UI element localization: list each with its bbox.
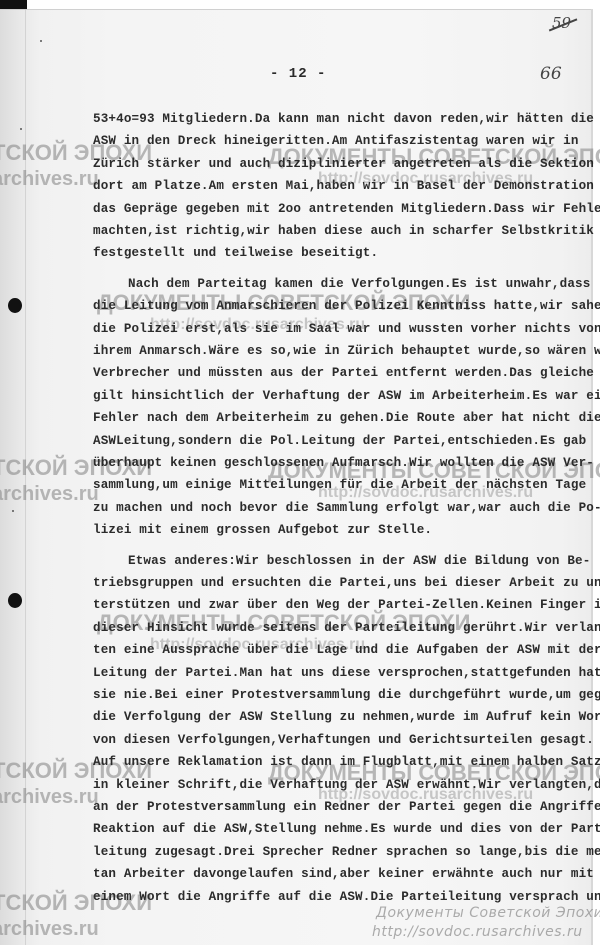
- text-line: ASWLeitung,sondern die Pol.Leitung der P…: [93, 434, 586, 448]
- text-line: zu machen und noch bevor die Sammlung er…: [93, 501, 600, 515]
- text-line: in kleiner Schrift,die Verhaftung der AS…: [93, 778, 600, 792]
- text-line: einem Wort die Angriffe auf die ASW.Die …: [93, 890, 600, 904]
- text-line: überhaupt keinen geschlossenen Aufmarsch…: [93, 456, 594, 470]
- text-line: machten,ist richtig,wir haben diese auch…: [93, 224, 594, 238]
- punch-hole: [8, 593, 22, 608]
- text-line: die Polizei erst,als sie im Saal war und…: [93, 322, 600, 336]
- speck: [20, 128, 22, 130]
- text-line: ASW in den Dreck hineigeritten.Am Antifa…: [93, 134, 579, 148]
- text-line: Verbrecher und müssten aus der Partei en…: [93, 366, 594, 380]
- text-line: an der Protestversammlung ein Redner der…: [93, 800, 600, 814]
- page-number: - 12 -: [270, 66, 326, 82]
- speck: [40, 40, 42, 42]
- folio-number: 66: [540, 64, 562, 84]
- text-line: die Leitung vom Anmarschieren der Polize…: [93, 299, 600, 313]
- paper-fold-line: [25, 9, 26, 945]
- scanned-document-page: ТСКОЙ ЭПОХИ archives.ru ДОКУМЕНТЫ СОВЕТС…: [0, 0, 600, 945]
- speck: [12, 510, 14, 512]
- text-line: das Gepräge gegeben mit 2oo antretenden …: [93, 202, 600, 216]
- text-line: Zürich stärker und auch diziplinierter a…: [93, 157, 594, 171]
- text-line: ten eine Aussprache über die Lage und di…: [93, 643, 600, 657]
- text-line: triebsgruppen und ersuchten die Partei,u…: [93, 576, 600, 590]
- punch-hole: [8, 298, 22, 313]
- text-line: dieser Hinsicht wurde seitens der Partei…: [93, 621, 600, 635]
- text-line: ihrem Anmarsch.Wäre es so,wie in Zürich …: [93, 344, 600, 358]
- text-line: Leitung der Partei.Man hat uns diese ver…: [93, 666, 600, 680]
- text-line: sammlung,um einige Mitteilungen für die …: [93, 478, 586, 492]
- text-line: die Verfolgung der ASW Stellung zu nehme…: [93, 710, 600, 724]
- text-line: Auf unsere Reklamation ist dann im Flugb…: [93, 755, 600, 769]
- watermark-corner-title: Документы Советской Эпохи: [376, 905, 600, 921]
- text-line: sie nie.Bei einer Protestversammlung die…: [93, 688, 600, 702]
- text-line: dort am Platze.Am ersten Mai,haben wir i…: [93, 179, 594, 193]
- text-line: Nach dem Parteitag kamen die Verfolgunge…: [128, 277, 590, 291]
- folio-number-struck: 59: [552, 14, 571, 32]
- text-line: tan Arbeiter davongelaufen sind,aber kei…: [93, 867, 594, 881]
- text-line: von diesen Verfolgungen,Verhaftungen und…: [93, 733, 594, 747]
- watermark-corner-url: http://sovdoc.rusarchives.ru: [372, 924, 583, 940]
- text-line: Reaktion auf die ASW,Stellung nehme.Es w…: [93, 822, 600, 836]
- text-line: gilt hinsichtlich der Verhaftung der ASW…: [93, 389, 600, 403]
- scan-border: [0, 0, 27, 9]
- text-line: Etwas anderes:Wir beschlossen in der ASW…: [128, 554, 590, 568]
- text-line: lizei mit einem grossen Aufgebot zur Ste…: [93, 523, 432, 537]
- text-line: 53+4o=93 Mitgliedern.Da kann man nicht d…: [93, 112, 594, 126]
- text-line: leitung zugesagt.Drei Sprecher Redner sp…: [93, 845, 600, 859]
- text-line: Fehler nach dem Arbeiterheim zu gehen.Di…: [93, 411, 600, 425]
- text-line: terstützen und zwar über den Weg der Par…: [93, 598, 600, 612]
- text-line: festgestellt und teilweise beseitigt.: [93, 246, 378, 260]
